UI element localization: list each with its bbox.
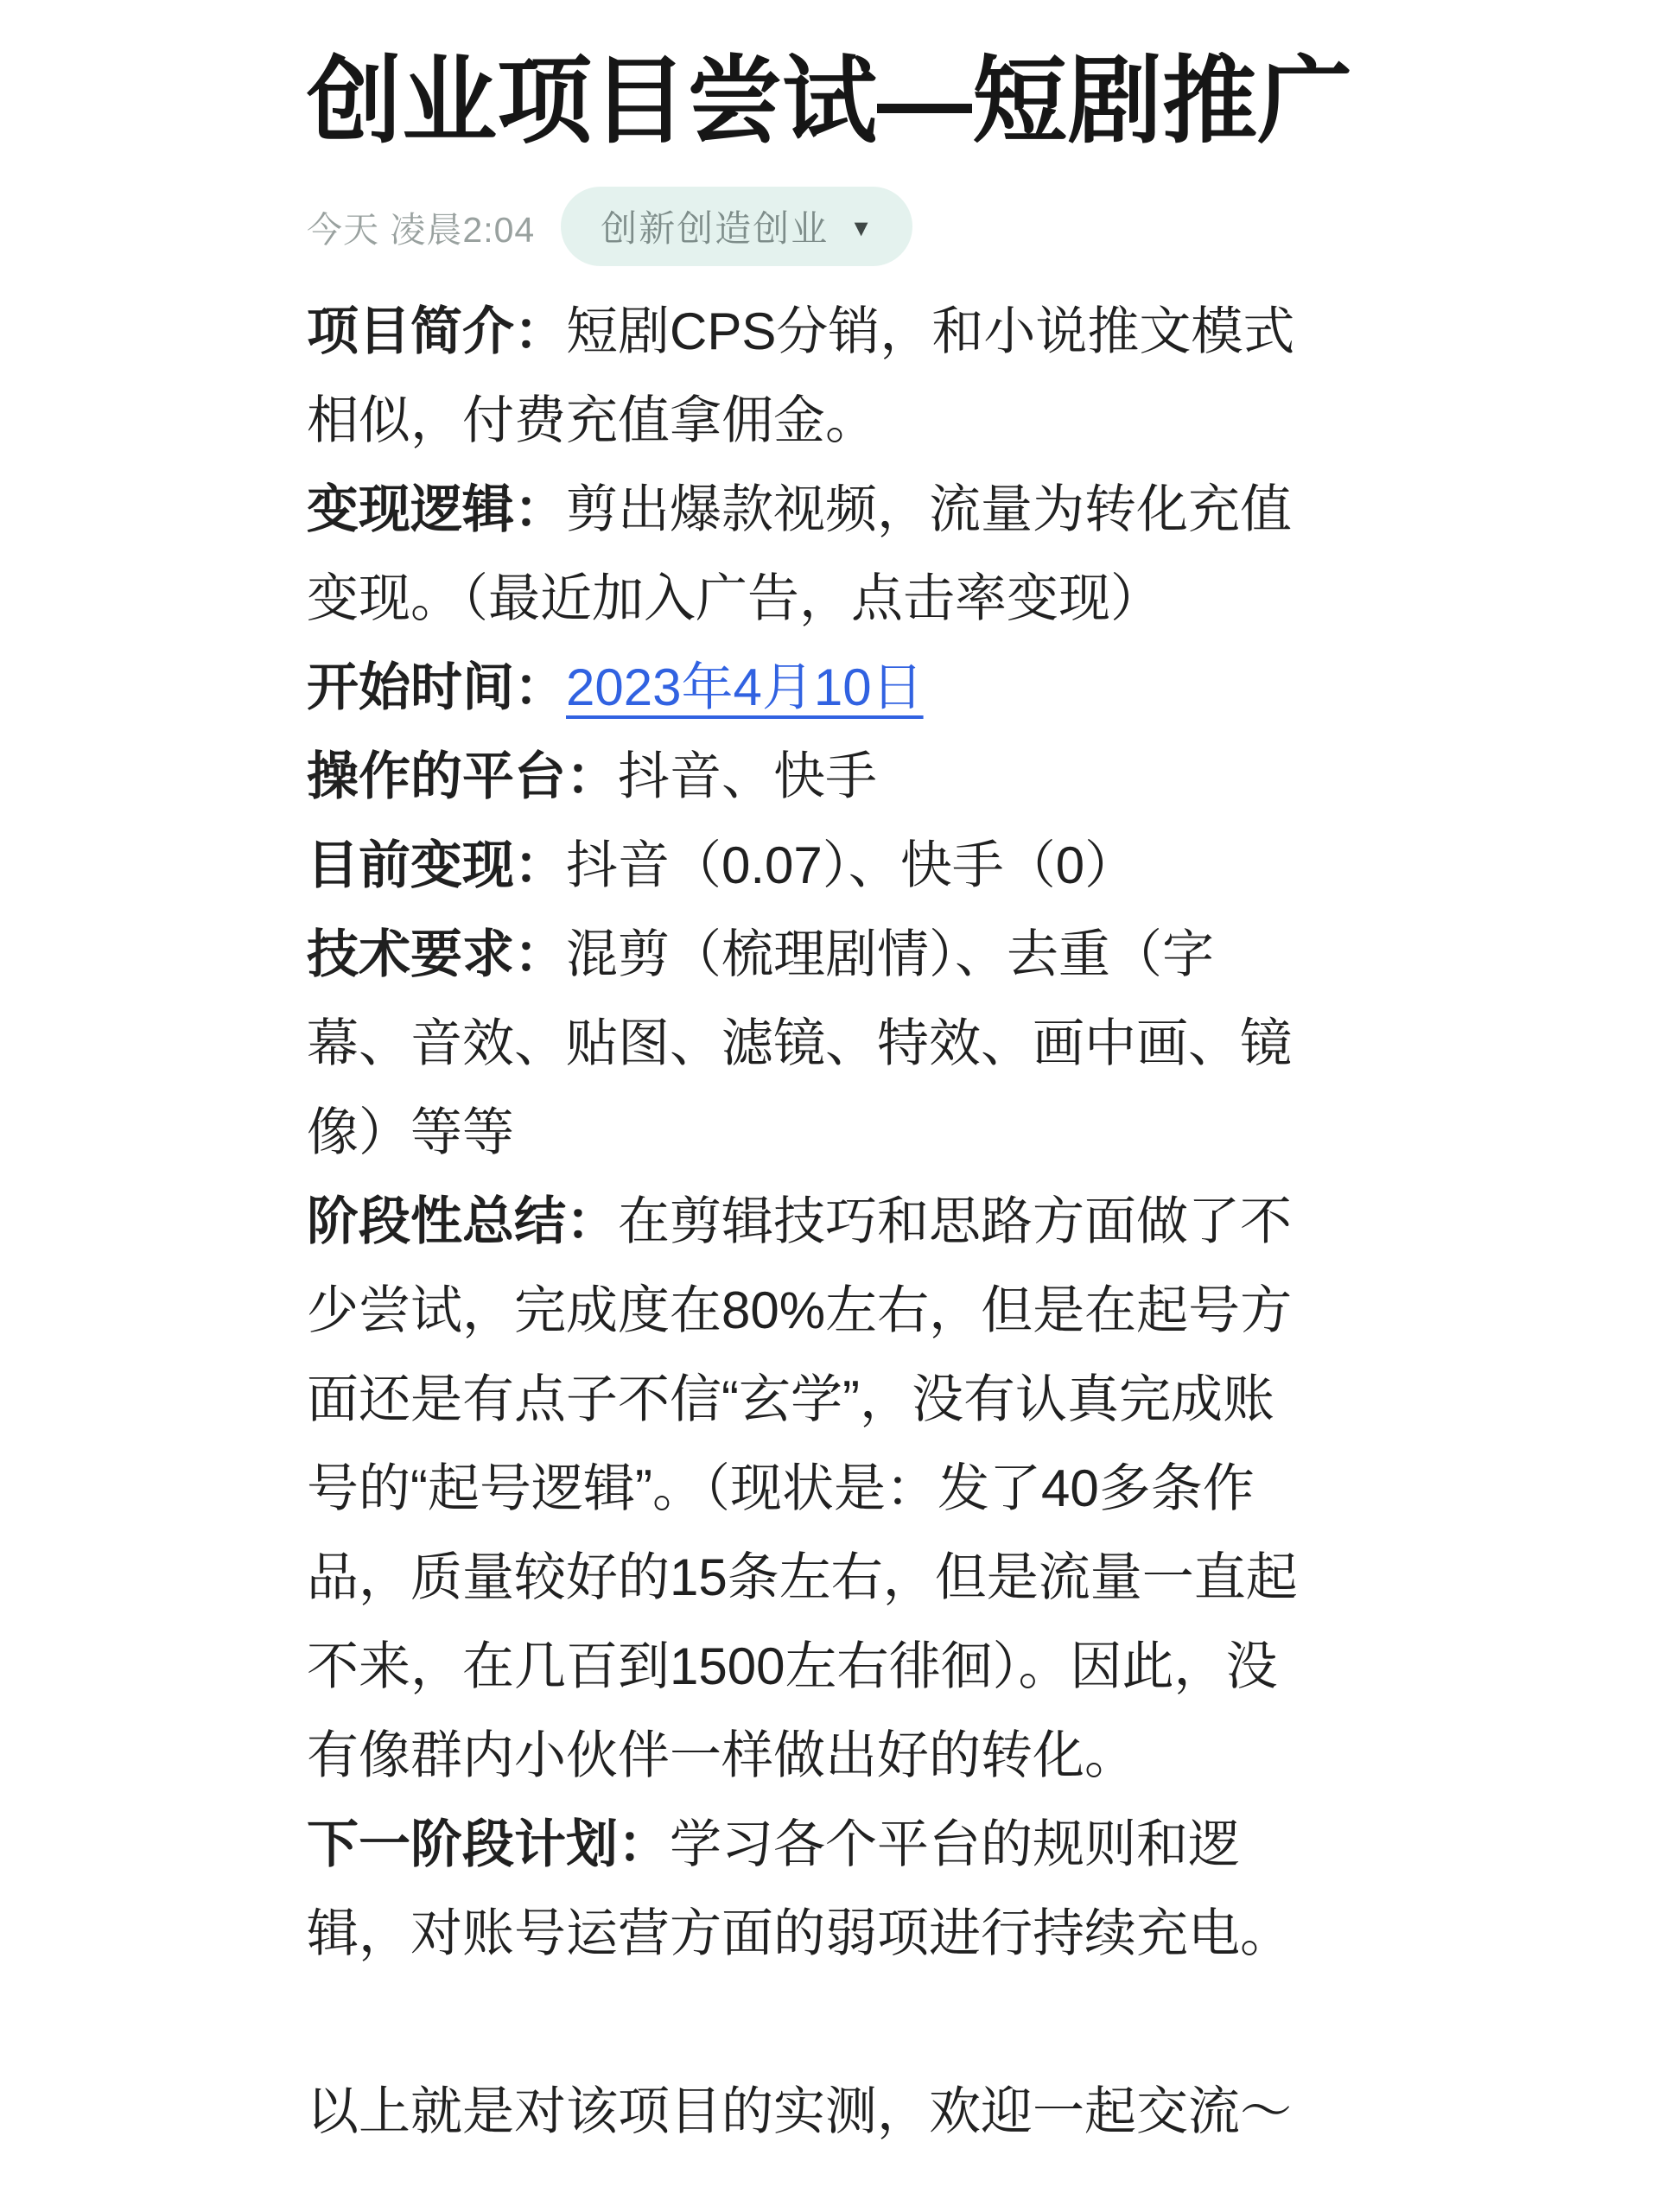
- note-paragraph: 变现逻辑：剪出爆款视频，流量为转化充值 变现。（最近加入广告，点击率变现）: [307, 465, 1357, 643]
- category-tag-dropdown[interactable]: 创新创造创业 ▼: [561, 187, 912, 266]
- paragraph-text: 抖音（0.07）、快手（0）: [566, 836, 1136, 894]
- note-paragraph: 技术要求：混剪（梳理剧情）、去重（字 幕、音效、贴图、滤镜、特效、画中画、镜 像…: [307, 910, 1357, 1177]
- note-paragraph: 阶段性总结：在剪辑技巧和思路方面做了不 少尝试，完成度在80%左右，但是在起号方…: [307, 1177, 1357, 1800]
- category-tag-label: 创新创造创业: [601, 200, 829, 252]
- note-body: 项目简介：短剧CPS分销，和小说推文模式 相似，付费充值拿佣金。 变现逻辑：剪出…: [307, 287, 1357, 2156]
- note-paragraph: 开始时间：2023年4月10日: [307, 643, 1357, 732]
- note-paragraph: 项目简介：短剧CPS分销，和小说推文模式 相似，付费充值拿佣金。: [307, 287, 1357, 465]
- paragraph-label: 阶段性总结：: [307, 1192, 618, 1250]
- note-paragraph: 目前变现：抖音（0.07）、快手（0）: [307, 821, 1357, 910]
- paragraph-label: 操作的平台：: [307, 747, 618, 805]
- chevron-down-icon: ▼: [849, 215, 873, 242]
- start-date-link[interactable]: 2023年4月10日: [566, 658, 924, 716]
- paragraph-label: 项目简介：: [307, 302, 566, 360]
- paragraph-label: 变现逻辑：: [307, 480, 566, 538]
- paragraph-text: 在剪辑技巧和思路方面做了不 少尝试，完成度在80%左右，但是在起号方 面还是有点…: [307, 1192, 1298, 1784]
- paragraph-label: 目前变现：: [307, 836, 566, 894]
- note-timestamp: 今天 凌晨2:04: [307, 201, 535, 252]
- meta-row: 今天 凌晨2:04 创新创造创业 ▼: [307, 187, 1357, 266]
- note-page: 创业项目尝试—短剧推广 今天 凌晨2:04 创新创造创业 ▼ 项目简介：短剧CP…: [0, 0, 1659, 2212]
- paragraph-label: 开始时间：: [307, 658, 566, 716]
- note-closing-paragraph: 以上就是对该项目的实测，欢迎一起交流～: [307, 2067, 1357, 2156]
- paragraph-label: 技术要求：: [307, 925, 566, 983]
- note-title: 创业项目尝试—短剧推广: [307, 41, 1357, 162]
- paragraph-label: 下一阶段计划：: [307, 1815, 670, 1873]
- note-paragraph: 操作的平台：抖音、快手: [307, 732, 1357, 821]
- paragraph-text: 以上就是对该项目的实测，欢迎一起交流～: [307, 2082, 1292, 2140]
- paragraph-text: 抖音、快手: [618, 747, 877, 805]
- note-paragraph: 下一阶段计划：学习各个平台的规则和逻 辑，对账号运营方面的弱项进行持续充电。: [307, 1800, 1357, 1978]
